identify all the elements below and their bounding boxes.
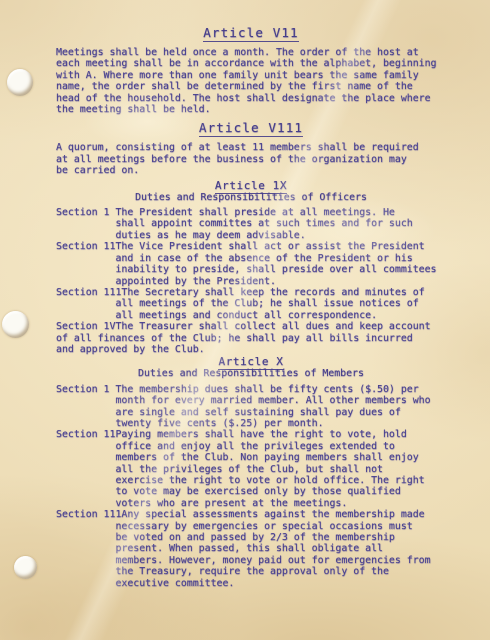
article-viii-heading: Article V111 — [56, 121, 446, 134]
document-page: Article V11 Meetings shall be held once … — [0, 0, 490, 640]
article-viii-heading-text: Article V111 — [199, 120, 303, 137]
article-ix-heading: Article 1X — [56, 180, 446, 192]
article-viii-body: A quorum, consisting of at least 11 memb… — [56, 142, 446, 176]
article-vii-heading-text: Article V11 — [203, 25, 299, 42]
document-content: Article V11 Meetings shall be held once … — [0, 0, 490, 640]
article-x-heading: Article X — [56, 356, 446, 368]
article-x-sections: Section 1 The membership dues shall be f… — [56, 384, 446, 589]
article-vii-body: Meetings shall be held once a month. The… — [56, 47, 446, 115]
article-ix-subheading: Duties and Responsibilities of Officers — [56, 192, 446, 203]
article-ix-sections: Section 1 The President shall preside at… — [56, 207, 446, 355]
article-vii-heading: Article V11 — [56, 26, 446, 39]
article-x-subheading: Duties and Responsibilities of Members — [56, 368, 446, 379]
